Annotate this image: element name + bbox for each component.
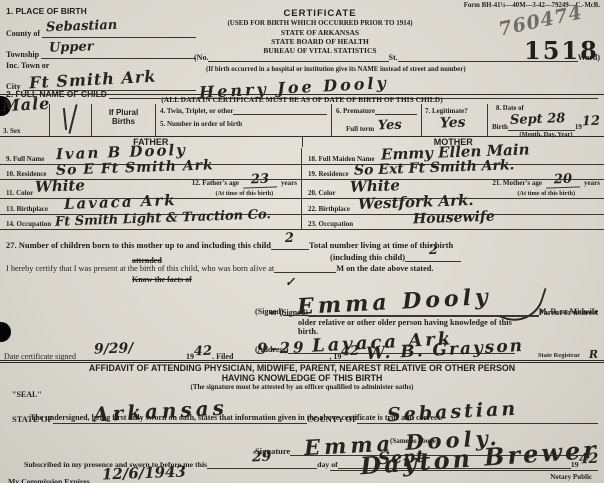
sworn-statement: The undersigned, being first duly sworn … (30, 413, 590, 422)
legitimate-cell: 7. Legitimate? Yes (422, 104, 488, 136)
township-label: Township (6, 50, 39, 59)
affidavit-title-1: AFFIDAVIT OF ATTENDING PHYSICIAN, MIDWIF… (0, 363, 604, 373)
hospital-note: (If birth occurred in a hospital or inst… (206, 66, 604, 73)
or-signed-label: or (Signed) (270, 308, 308, 317)
certify-text-end: M on the date above stated. (336, 264, 433, 273)
certificate-title: CERTIFICATE (192, 8, 448, 19)
father-name-label: 9. Full Name (6, 155, 44, 163)
filed-year-value: 42 (341, 344, 360, 360)
certify-text: I hereby certify that I was present at t… (6, 264, 274, 273)
mother-years-label: years (584, 179, 600, 187)
full-term-label: Full term (346, 125, 374, 133)
certificate-subtitle: (USED FOR BIRTH WHICH OCCURRED PRIOR TO … (192, 19, 448, 27)
father-age-value: 23 (243, 171, 278, 188)
all-data-note: (ALL DATA IN CERTIFICATE MUST BE AS OF D… (0, 94, 604, 104)
legitimate-label: 7. Legitimate? (422, 104, 487, 115)
father-color-value: White (35, 176, 86, 196)
father-birthplace-value: Lavaca Ark (64, 191, 177, 213)
premature-label: 6. Premature (336, 107, 375, 115)
seal-label: "SEAL" (12, 390, 42, 399)
st-blank (398, 61, 578, 62)
st-label: St. (389, 53, 398, 62)
filed-value: 9-29 (256, 338, 306, 358)
father-occupation-label: 14. Occupation (6, 220, 51, 228)
stray-pen-mark-2 (63, 108, 67, 130)
commission-label: My Commission Expires (8, 477, 90, 483)
attest-note: (The signature must be attested by an of… (0, 383, 604, 391)
state-line: STATE OF ARKANSAS (192, 28, 448, 37)
order-label: 5. Number in order of birth (156, 115, 331, 128)
ward-label: Ward) (578, 53, 600, 62)
county-label: County of (6, 29, 40, 38)
mother-birthplace-label: 22. Birthplace (308, 205, 350, 213)
date-signed-value: 9/29/ (94, 340, 134, 357)
sex-label: 3. Sex (3, 127, 21, 135)
twin-blank (233, 114, 327, 115)
father-age-note: (At time of this birth) (192, 190, 297, 197)
including-child-line: (including this child) 2 (330, 243, 461, 262)
signature-check-mark: ✓ (285, 275, 296, 289)
birth-label: Birth (492, 123, 508, 131)
legitimate-value: Yes (440, 115, 466, 132)
hole-punch-bottom (0, 322, 11, 342)
certify-line: I hereby certify that I was present at t… (6, 264, 598, 273)
plural-label-1: If Plural (92, 108, 155, 117)
sex-cell: 3. Sex Male (0, 104, 50, 136)
children-count-value: 2 (285, 231, 295, 246)
birth-date-cell: 8. Date of Birth Sept 28 19 12 (Month, D… (488, 104, 604, 136)
state-registrar-label: State Registrar (538, 352, 580, 359)
mother-residence-label: 19. Residence (308, 170, 348, 178)
notary-public-label: Notary Public (550, 473, 592, 481)
stray-pen-mark (68, 104, 77, 134)
plural-mark-cell (50, 104, 92, 136)
signed-year-value: 42 (194, 344, 213, 360)
street-address-line: (No. St. Ward) (194, 53, 600, 62)
parent-nearest-label: Parent or nearest (539, 308, 598, 317)
or-signed-line: or (Signed) Parent or nearest (270, 308, 598, 317)
father-age-label: 12. Father's age (192, 179, 239, 187)
township-value: Upper (49, 39, 94, 56)
board-line: STATE BOARD OF HEALTH (192, 37, 448, 46)
place-of-birth-heading: 1. PLACE OF BIRTH (6, 6, 196, 16)
mother-occupation-label: 23. Occupation (308, 220, 353, 228)
premature-cell: 6. Premature Full term Yes (332, 104, 422, 136)
affidavit-title-2: HAVING KNOWLEDGE OF THIS BIRTH (0, 373, 604, 383)
premature-blank (375, 114, 417, 115)
twin-order-cell: 4. Twin, Triplet, or other 5. Number in … (156, 104, 332, 136)
father-color-label: 11. Color (6, 189, 33, 197)
parent-continuation-1: older relative or other older person hav… (298, 318, 512, 327)
parent-occupation-row: 14. Occupation Ft Smith Light & Traction… (0, 215, 604, 230)
commission-line: My Commission Expires 12/6/1943 (8, 466, 288, 483)
county-of-value: Sebastian (387, 398, 519, 427)
know-facts-struck-text: Know the facts of (132, 275, 192, 284)
subscribed-day-value: 29 (252, 449, 272, 466)
mother-occupation-value: Housewife (413, 209, 495, 228)
sex-value: Male (2, 94, 51, 116)
mother-age-value: 20 (546, 171, 581, 188)
twin-label: 4. Twin, Triplet, or other (160, 107, 233, 115)
year-value: 12 (582, 114, 601, 130)
no-label: (No. (194, 53, 208, 62)
no-blank (208, 61, 388, 62)
or-signed-blank (308, 316, 539, 317)
father-birthplace-label: 13. Birthplace (6, 205, 48, 213)
plural-births-cell: If Plural Births (92, 104, 156, 136)
birth-date-value: Sept 28 (510, 111, 566, 128)
birth-certificate-document: 1. PLACE OF BIRTH County of Sebastian To… (0, 0, 604, 483)
plural-label-2: Births (92, 117, 155, 126)
certificate-header: CERTIFICATE (USED FOR BIRTH WHICH OCCURR… (192, 8, 448, 55)
including-label: (including this child) (330, 252, 405, 262)
father-years-label: years (281, 179, 297, 187)
children-count-label: 27. Number of children born to this moth… (6, 240, 271, 250)
born-alive-time-blank (274, 272, 336, 273)
year-prefix: 19 (575, 123, 582, 131)
vitals-grid: 3. Sex Male If Plural Births 4. Twin, Tr… (0, 104, 604, 137)
mother-age-label: 21. Mother's age (492, 179, 542, 187)
mother-age-note: (At time of this birth) (492, 190, 600, 197)
notary-signature-line: Dayton Brewer (330, 443, 598, 471)
children-count-line: 27. Number of children born to this moth… (6, 231, 598, 250)
children-total-value: 2 (428, 243, 438, 258)
filing-line: Date certificate signed 9/29/ 1942 . Fil… (4, 340, 600, 361)
county-value: Sebastian (46, 18, 118, 35)
commission-value: 12/6/1943 (101, 463, 186, 483)
mother-color-label: 20. Color (308, 189, 336, 197)
full-term-value: Yes (378, 118, 402, 134)
